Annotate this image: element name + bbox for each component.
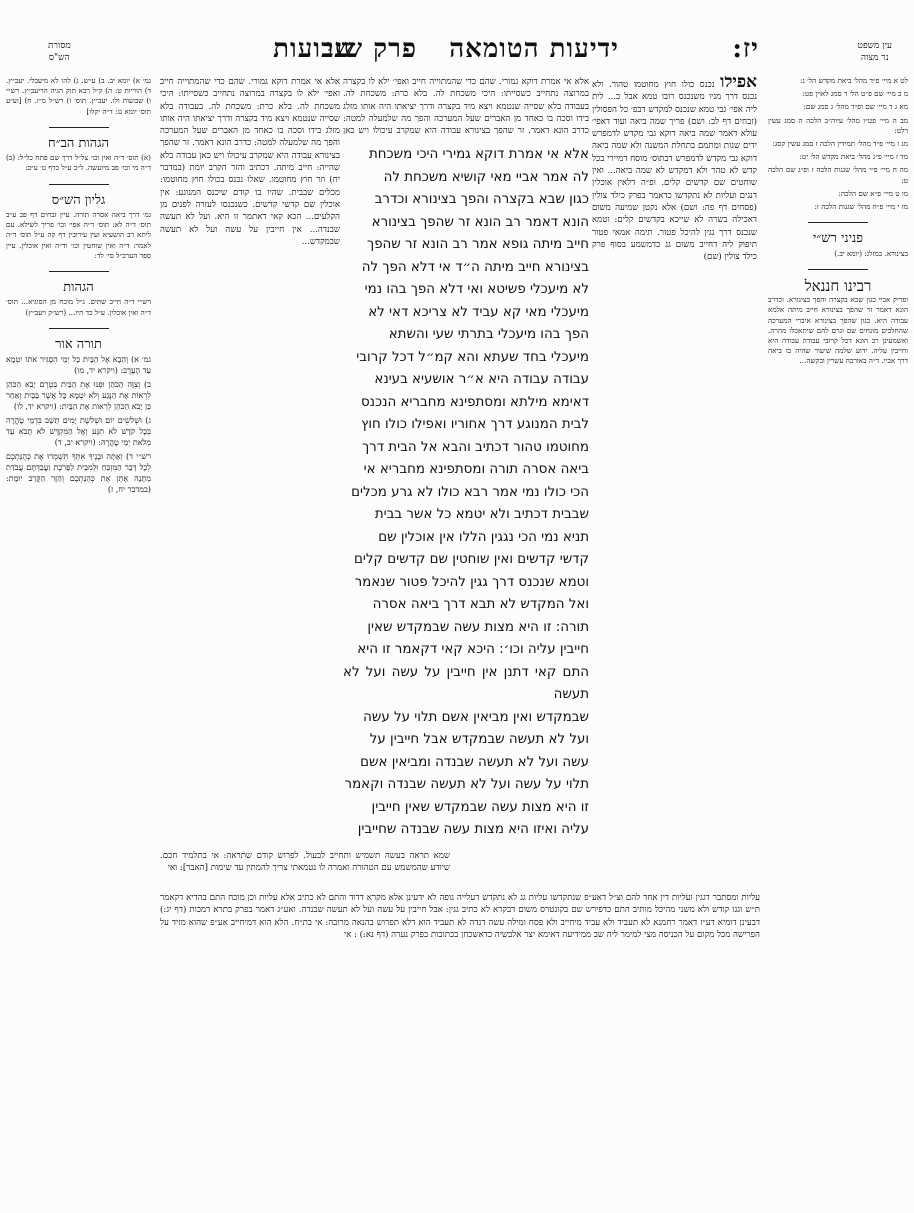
gemara-line: אלא אי אמרת דוקא גמירי היכי משכחת [343, 144, 589, 167]
ein-mishpat-entry: מג ו מיי׳ פ״ד מהל׳ תמידין הלכה ז סמג עשי… [768, 139, 908, 149]
ornament-divider [6, 123, 151, 133]
hagahot-title: הגהות [6, 283, 151, 293]
hagahot-text: רש״י ד״ה חייב שתים. ג״ל מוכח מן הסוגיא..… [6, 297, 151, 317]
gemara-line: עשה ועל לא תעשה שבנדה ומביאין אשם [343, 752, 589, 775]
mesoret-hashas-entries: גמ׳ א) יומא יב. ב) ע״ש. ג) להו לא מיעבלי… [6, 76, 151, 117]
rashi-dibbur-hamatchil: אפילו [720, 76, 757, 92]
mesoret-hashas-label: מסורת הש"ס [48, 40, 71, 70]
gemara-line: תלוי על עשה ועל לא תעשה שבנדה וקאמר [343, 774, 589, 797]
bottom-rashi-tail: שמא תראה בעשה תשמיש ותחייב לבעול. לפרוש … [160, 850, 450, 890]
ein-mishpat-entry: מד ז מיי׳ פ״ג מהל׳ ביאת מקדש הל׳ יט: [768, 152, 908, 162]
gemara-line: הונא דאמר רב הונא זר שהפך בצינורא [343, 212, 589, 235]
tosafot-top-text: אלא אי אמרת דוקא גמורי. שהם כדי שהמתוייה… [343, 77, 589, 138]
gemara-line: עליה היה משמש עם הטהורה ואמרה [343, 842, 589, 845]
ornament-divider [768, 218, 908, 228]
ornament-divider [768, 265, 908, 275]
bottom-tosafot-tail: עליות ומסתבר דגגין ועליות דין אחד להם וצ… [160, 892, 760, 962]
ornament-divider [6, 267, 151, 277]
gemara-top-commentary: אלא אי אמרת דוקא גמורי. שהם כדי שהמתוייה… [343, 76, 589, 138]
gemara-line: שבבית דכתיב ולא יטמא כל אשר בבית [343, 504, 589, 527]
ein-mishpat-entry: מב ה מיי׳ פט״ו מהל׳ עיוה״כ הלכה ה סמג עש… [768, 116, 908, 136]
penei-rashi-title: פניני רש״י [768, 234, 908, 244]
ein-mishpat-column: לט א מיי׳ פ״ד מהל׳ ביאת מקדש הל׳ ג: מ ב … [768, 76, 908, 1016]
torah-or-verse: ב) וְצִוָּה הַכֹּהֵן וּפִנּוּ אֶת הַבַּי… [6, 379, 151, 412]
gemara-line: שבמקדש ואין מביאין אשם תלוי על עשה [343, 707, 589, 730]
gemara-line: מחוטמו טהור דכתיב והבא אל הבית דרך [343, 437, 589, 460]
ein-mishpat-line1: עין משפט [858, 40, 892, 52]
rashi-tail-text: שמא תראה בעשה תשמיש ותחייב לבעול. לפרוש … [160, 851, 450, 873]
gemara-line: הכי כולו נמי אמר רבא כולו לא גרע מכלים [343, 482, 589, 505]
gemara-line: חייבין עליה וכו׳: היכא קאי דקאמר זו היא [343, 639, 589, 662]
gilyon-hashas-title: גליון הש״ס [6, 196, 151, 206]
gemara-line: ואל המקדש לא תבא דרך ביאה אסרה [343, 594, 589, 617]
rashi-column: אפילו נכנס כולו חוץ מחוטמו טהור. ולא נכנ… [592, 76, 757, 846]
gemara-line: תורה: זו היא מצות עשה שבמקדש שאין [343, 617, 589, 640]
gemara-line: מיעכלי בחד שעתא והא קמ״ל דכל קרובי [343, 347, 589, 370]
gemara-line: קדשי קדשים ואין שוחטין שם קדשים קלים [343, 549, 589, 572]
ein-mishpat-line2: נר מצוה [858, 52, 892, 64]
gemara-line: מיעכלי מאי קא עביד לא צריכא דאי לא [343, 302, 589, 325]
gemara-line: וטמא שנכנס דרך גגין להיכל פטור שנאמר [343, 572, 589, 595]
gemara-line: הפך בהו מיעכלי בתרתי שעי והשתא [343, 324, 589, 347]
gemara-line: התם קאי דתנן אין חייבין על עשה ועל לא תע… [343, 662, 589, 707]
ein-mishpat-entry: מ ב מיי׳ שם פ״ט הל׳ ד סמג לאוין פט: [768, 89, 908, 99]
gilyon-hashas-text: גמ׳ דרך ביאה אסרה תורה. עיין זבחים דף פב… [6, 210, 151, 261]
tosafot-tail-text: עליות ומסתבר דגגין ועליות דין אחד להם וצ… [160, 893, 760, 940]
rabbeinu-chananel-text: ופריק אביי כגון שבא בקצרה והפך בצינורא. … [768, 295, 908, 366]
rabbeinu-chananel-title: רבינו חננאל [768, 281, 908, 291]
gemara-line: תניא נמי הכי נגגין הללו אין אוכלין שם [343, 527, 589, 550]
ornament-divider [6, 180, 151, 190]
ornament-divider [6, 324, 151, 334]
penei-rashi-text: בצינורא. כמזלג: (יומא יב.) [768, 249, 908, 259]
gemara-line: לא מיעכלי פשיטא ואי דלא הפך בהו נמי [343, 279, 589, 302]
tosafot-text: אלא אי אמרת דוקא גמורי. שהם כדי שהמתוייה… [160, 77, 340, 247]
gemara-line: חייב מיתה גופא אמר רב הונא זר שהפך [343, 234, 589, 257]
gemara-line: עליה ואיזו היא מצות עשה שבנדה שחייבין [343, 819, 589, 842]
ein-mishpat-entry: מה ח מיי׳ פ״י מהל׳ שגגות הלכה ז ופ״ג שם … [768, 165, 908, 185]
gemara-line: כגון שבא בקצרה והפך בצינורא וכדרב [343, 189, 589, 212]
tosafot-column: אלא אי אמרת דוקא גמורי. שהם כדי שהמתוייה… [160, 76, 340, 846]
gemara-line: לה אמר אביי מאי קושיא משכחת לה [343, 167, 589, 190]
mesoret-hashas-column: גמ׳ א) יומא יב. ב) ע״ש. ג) להו לא מיעבלי… [6, 76, 151, 1016]
gemara-line: בצינורא חייב מיתה ה״ד אי דלא הפך לה [343, 257, 589, 280]
gemara-main-text: אלא אי אמרת דוקא גמירי היכי משכחת לה אמר… [343, 144, 589, 844]
torah-or-verse: גמ׳ א) וְהֵבָא אֶל הַבַּיִת כָּל יְמֵי ה… [6, 354, 151, 376]
gemara-line: דאימא מילתא ומסתפינא מחבריא הנכנס [343, 392, 589, 415]
gemara-line: ועל לא תעשה שבמקדש אבל חייבין על [343, 729, 589, 752]
ein-mishpat-entry: מא ג ד מיי׳ שם ופ״ד מהל׳ ג סמג שם: [768, 102, 908, 112]
hagahot-bach-text: (א) תוס׳ ד״ה ואין וכו׳ צל״ל דרך שם פתח כ… [6, 153, 151, 173]
ein-mishpat-entry: מו ט מיי׳ פ״א שם הלכה: [768, 189, 908, 199]
ein-mishpat-label: עין משפט נר מצוה [858, 40, 892, 70]
hagahot-bach-title: הגהות הב״ח [6, 139, 151, 149]
gemara-line: עבודה עבודה היא א״ר אושעיא בעינא [343, 369, 589, 392]
ein-mishpat-entry: לט א מיי׳ פ״ד מהל׳ ביאת מקדש הל׳ ג: [768, 76, 908, 86]
mesoret-line1: מסורת [48, 40, 71, 52]
mesoret-line2: הש"ס [48, 52, 71, 64]
torah-or-title: תורה אור [6, 340, 151, 350]
rashi-text: נכנס כולו חוץ מחוטמו טהור. ולא נכנס דרך … [592, 80, 757, 262]
chapter-name: ידיעות הטומאה [449, 34, 619, 64]
gemara-line: ביאה אסרה תורה ומסתפינא מחבריא אי [343, 459, 589, 482]
gemara-line: זו היא מצות עשה שבמקדש שאין חייבין [343, 797, 589, 820]
torah-or-verse: רש״י ד) וְאַתָּה וּבָנֶיךָ אִתְּךָ תִּשְ… [6, 451, 151, 495]
page-number: יז: [732, 34, 759, 64]
ein-mishpat-entry: מז י מיי׳ פ״ה מהל׳ שגגות הלכה ז: [768, 202, 908, 212]
torah-or-verse: ג) וּשְׁלשִׁים יוֹם וּשְׁלשֶׁת יָמִים תֵ… [6, 415, 151, 448]
tractate-name: שבועות [273, 34, 354, 64]
gemara-line: לבית המנוגע דרך אחוריו ואפילו כולו חוץ [343, 414, 589, 437]
